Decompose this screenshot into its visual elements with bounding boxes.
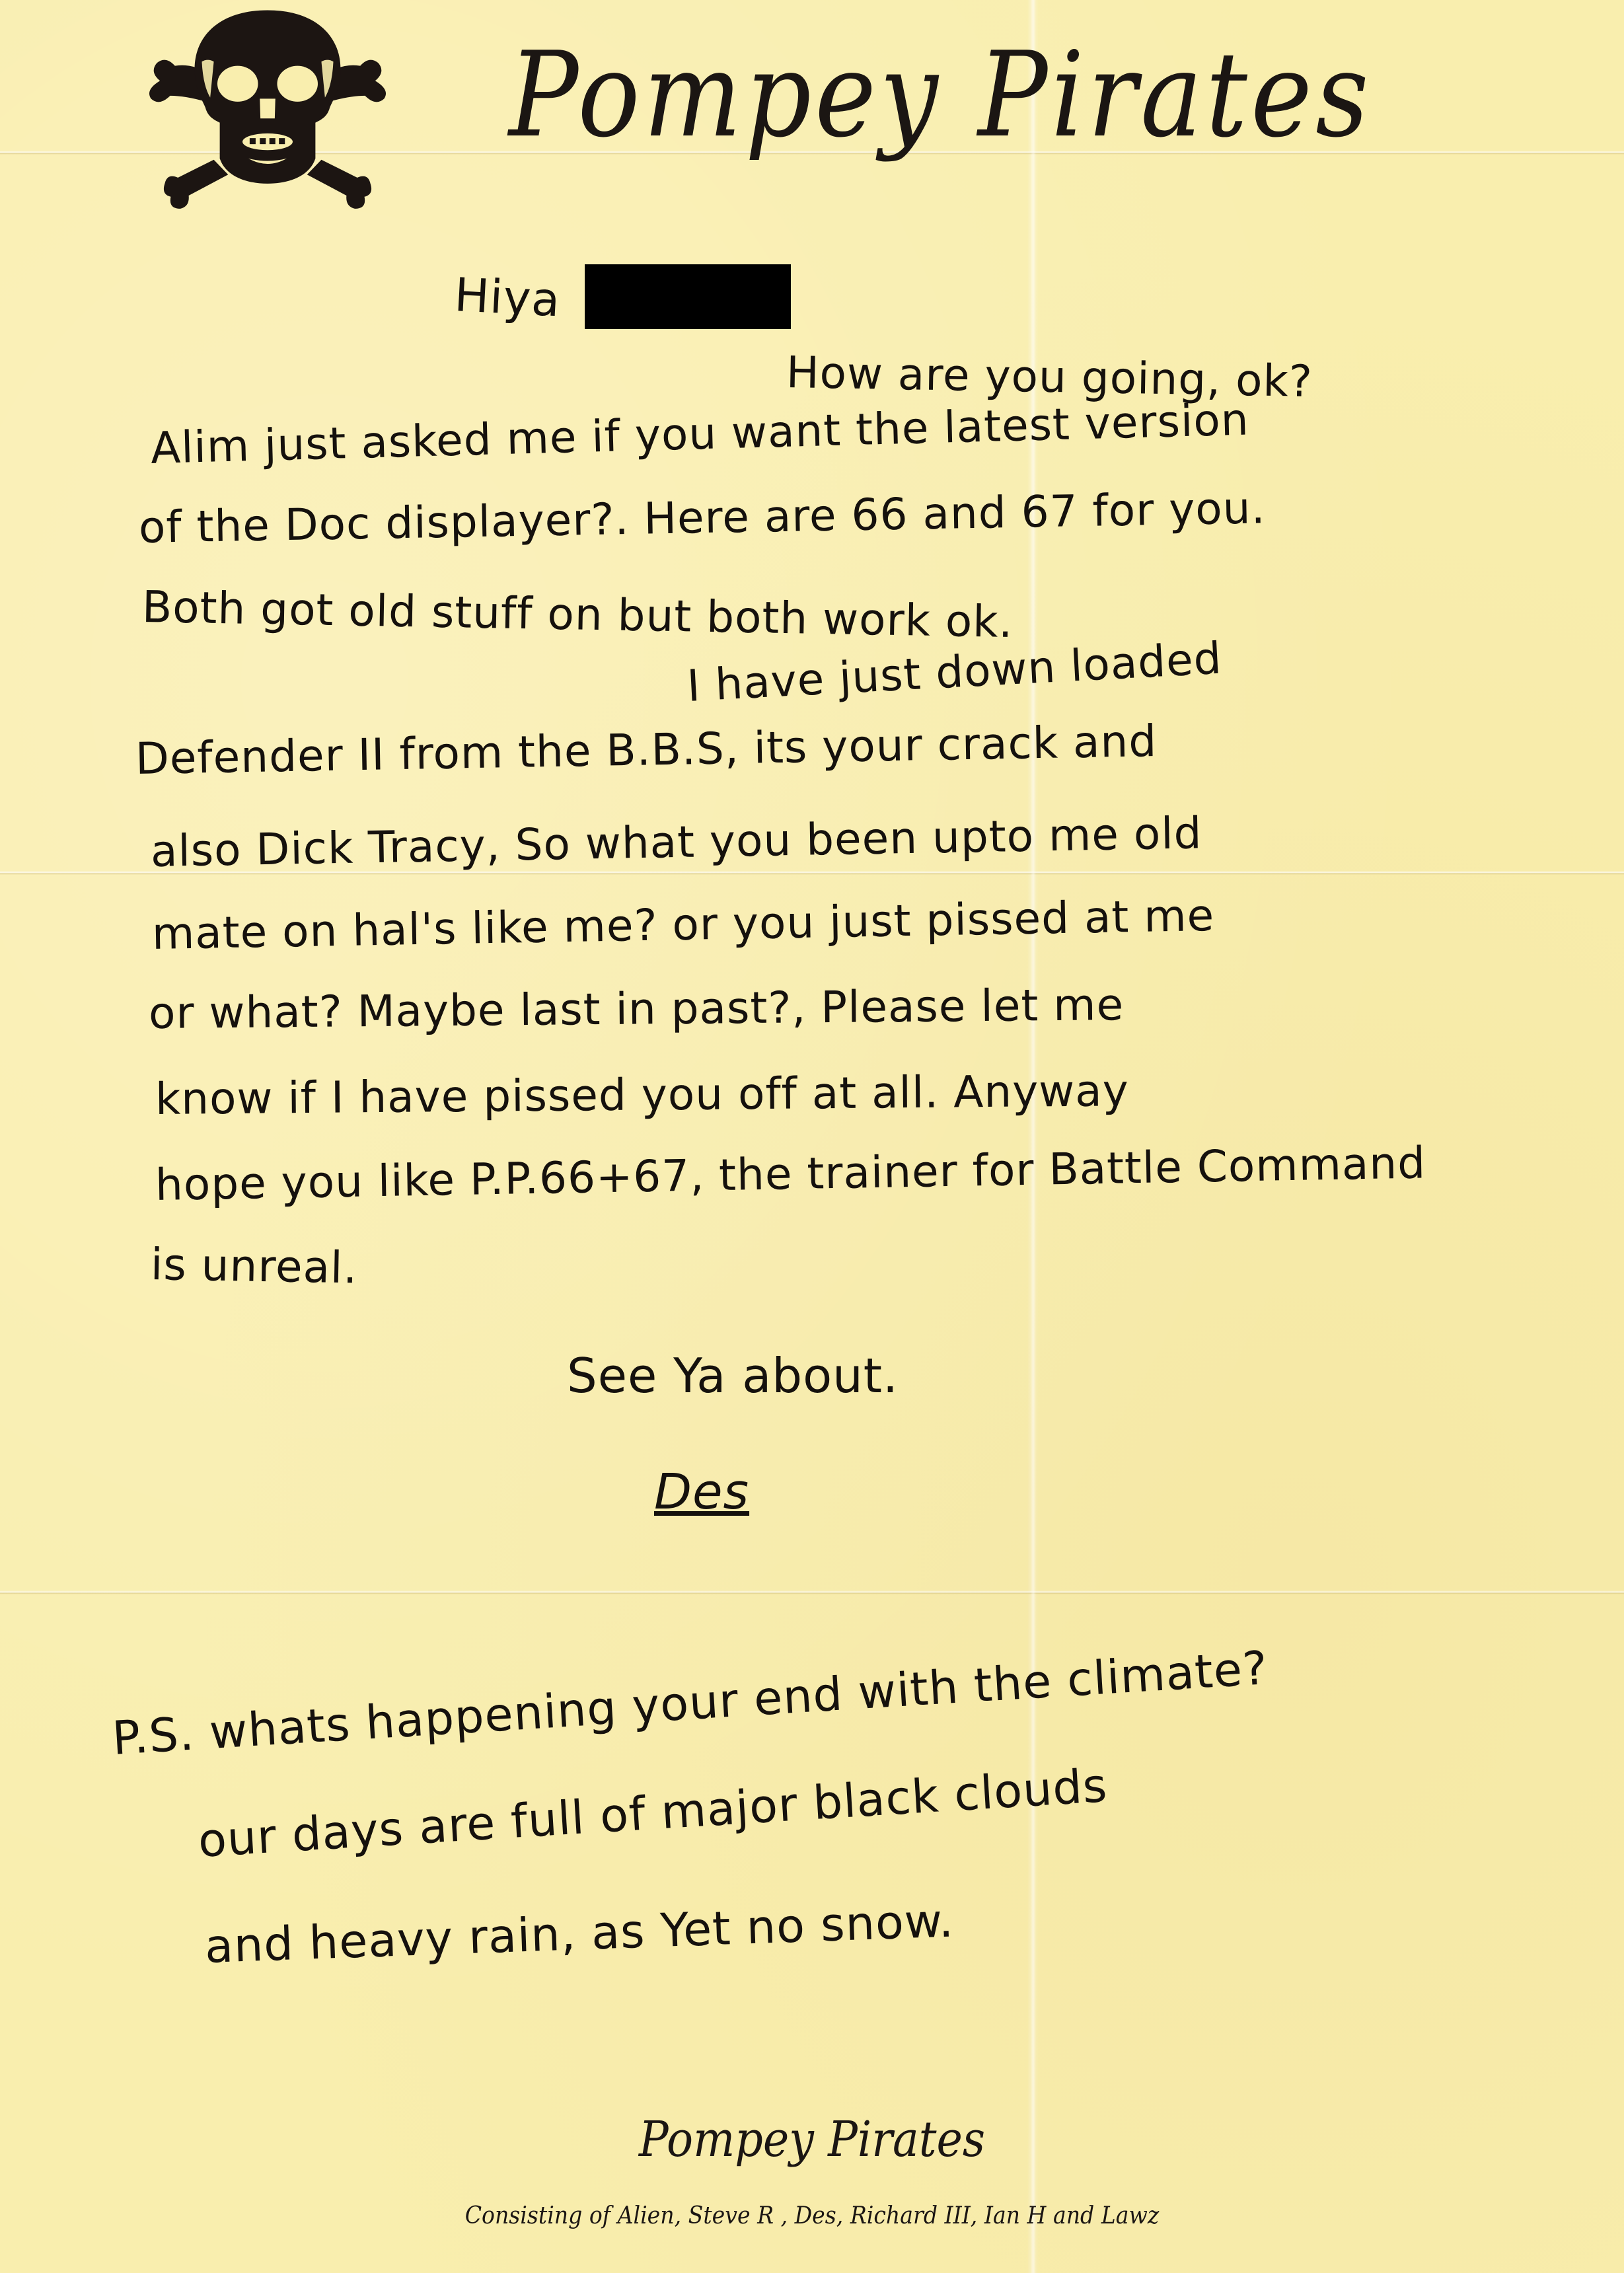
postscript-line: and heavy rain, as Yet no snow. (204, 1893, 955, 1974)
postscript-line: our days are full of major black clouds (196, 1758, 1109, 1868)
letterhead-title: Pompey Pirates (509, 26, 1372, 163)
footer-title: Pompey Pirates (81, 2111, 1543, 2168)
letter-line: also Dick Tracy, So what you been upto m… (150, 807, 1202, 877)
letter-line: of the Doc displayer?. Here are 66 and 6… (138, 482, 1266, 553)
letter-line: Defender II from the B.B.S, its your cra… (135, 716, 1157, 784)
letter-line: or what? Maybe last in past?, Please let… (149, 979, 1125, 1039)
letter-line: Both got old stuff on but both work ok. (141, 581, 1014, 648)
letter-line: hope you like P.P.66+67, the trainer for… (155, 1137, 1426, 1211)
signature: Des (654, 1464, 749, 1520)
letter-line: mate on hal's like me? or you just pisse… (151, 890, 1214, 959)
letter-line: know if I have pissed you off at all. An… (155, 1065, 1129, 1125)
fold-crease-vertical (1031, 0, 1036, 2273)
letter-line: is unreal. (150, 1239, 358, 1293)
closing: See Ya about. (567, 1348, 899, 1403)
postscript-line: P.S. whats happening your end with the c… (110, 1641, 1269, 1766)
greeting: Hiya (453, 268, 562, 327)
letterhead: Pompey Pirates (0, 0, 1624, 225)
redacted-recipient-name (585, 264, 791, 329)
footer-members: Consisting of Alien, Steve R , Des, Rich… (65, 2202, 1559, 2229)
letter-line: Alim just asked me if you want the lates… (150, 394, 1249, 474)
skull-and-crossbones-icon (142, 0, 393, 221)
fold-crease (0, 1590, 1624, 1594)
